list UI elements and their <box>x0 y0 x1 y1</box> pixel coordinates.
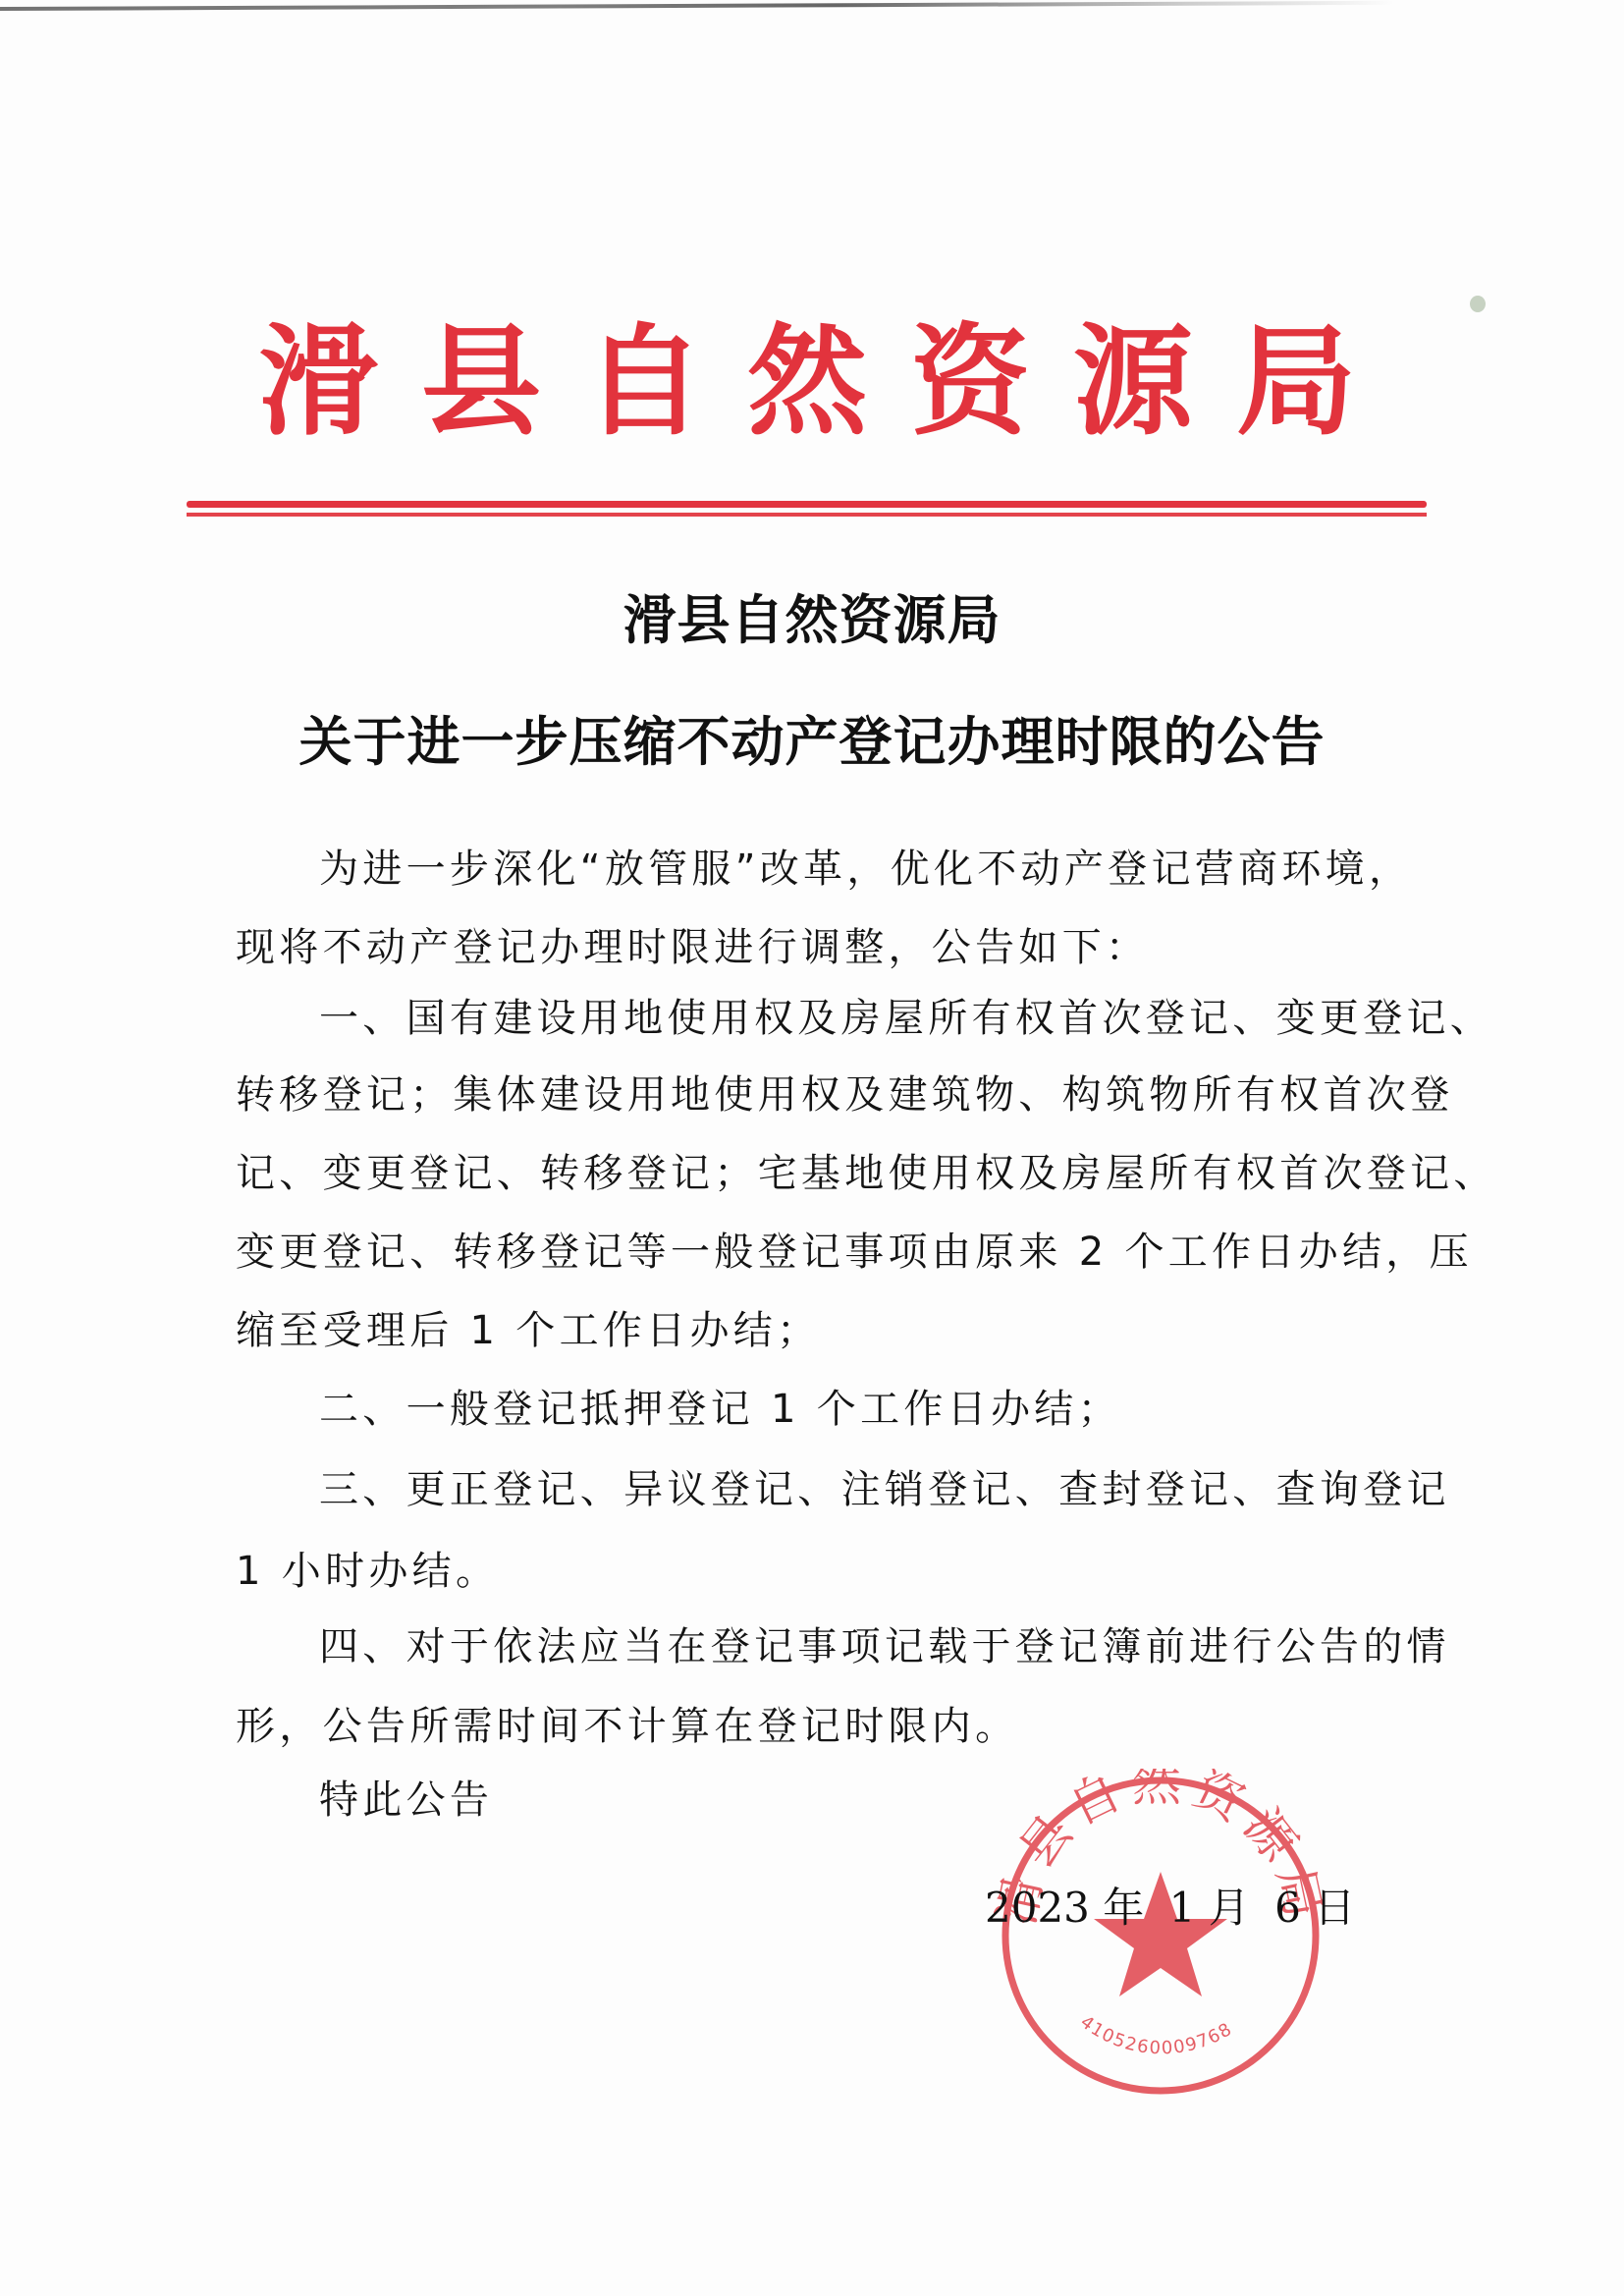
body-line: 记、变更登记、转移登记；宅基地使用权及房屋所有权首次登记、 <box>236 1149 1497 1198</box>
official-seal: 滑县自然资源局 4105260009768 <box>994 1769 1327 2103</box>
date-year-unit: 年 <box>1103 1884 1144 1933</box>
closing-line: 特此公告 <box>319 1776 493 1825</box>
date-year: 2023 <box>985 1884 1090 1933</box>
seal-code-text: 4105260009768 <box>1076 2012 1236 2059</box>
date-month: 1 <box>1169 1884 1196 1933</box>
date-day: 6 <box>1274 1884 1301 1933</box>
body-line: 三、更正登记、异议登记、注销登记、查封登记、查询登记 <box>319 1465 1450 1514</box>
scan-edge-mark <box>0 1 1394 11</box>
document-issuer: 滑县自然资源局 <box>0 585 1624 654</box>
body-line: 转移登记；集体建设用地使用权及建筑物、构筑物所有权首次登 <box>236 1070 1453 1120</box>
body-line: 形，公告所需时间不计算在登记时限内。 <box>236 1702 1018 1751</box>
letterhead-rule-thin <box>187 513 1427 517</box>
body-line: 二、一般登记抵押登记 1 个工作日办结； <box>319 1385 1121 1434</box>
letterhead-title: 滑县自然资源局 <box>187 312 1428 450</box>
date-day-unit: 日 <box>1314 1884 1355 1933</box>
document-title: 关于进一步压缩不动产登记办理时限的公告 <box>0 707 1624 776</box>
signature-date: 2023 年 1 月 6 日 <box>985 1884 1355 1933</box>
date-month-unit: 月 <box>1209 1884 1250 1933</box>
body-line: 一、国有建设用地使用权及房屋所有权首次登记、变更登记、 <box>319 994 1493 1043</box>
body-line: 现将不动产登记办理时限进行调整，公告如下： <box>236 923 1149 972</box>
body-line: 1 小时办结。 <box>236 1547 499 1596</box>
scan-speck <box>1470 296 1486 312</box>
body-line: 四、对于依法应当在登记事项记载于登记簿前进行公告的情 <box>319 1622 1450 1671</box>
body-line: 为进一步深化“放管服”改革，优化不动产登记营商环境， <box>319 845 1412 894</box>
letterhead-rule-thick <box>187 501 1427 508</box>
body-line: 缩至受理后 1 个工作日办结； <box>236 1306 820 1355</box>
body-line: 变更登记、转移登记等一般登记事项由原来 2 个工作日办结，压 <box>236 1228 1473 1277</box>
